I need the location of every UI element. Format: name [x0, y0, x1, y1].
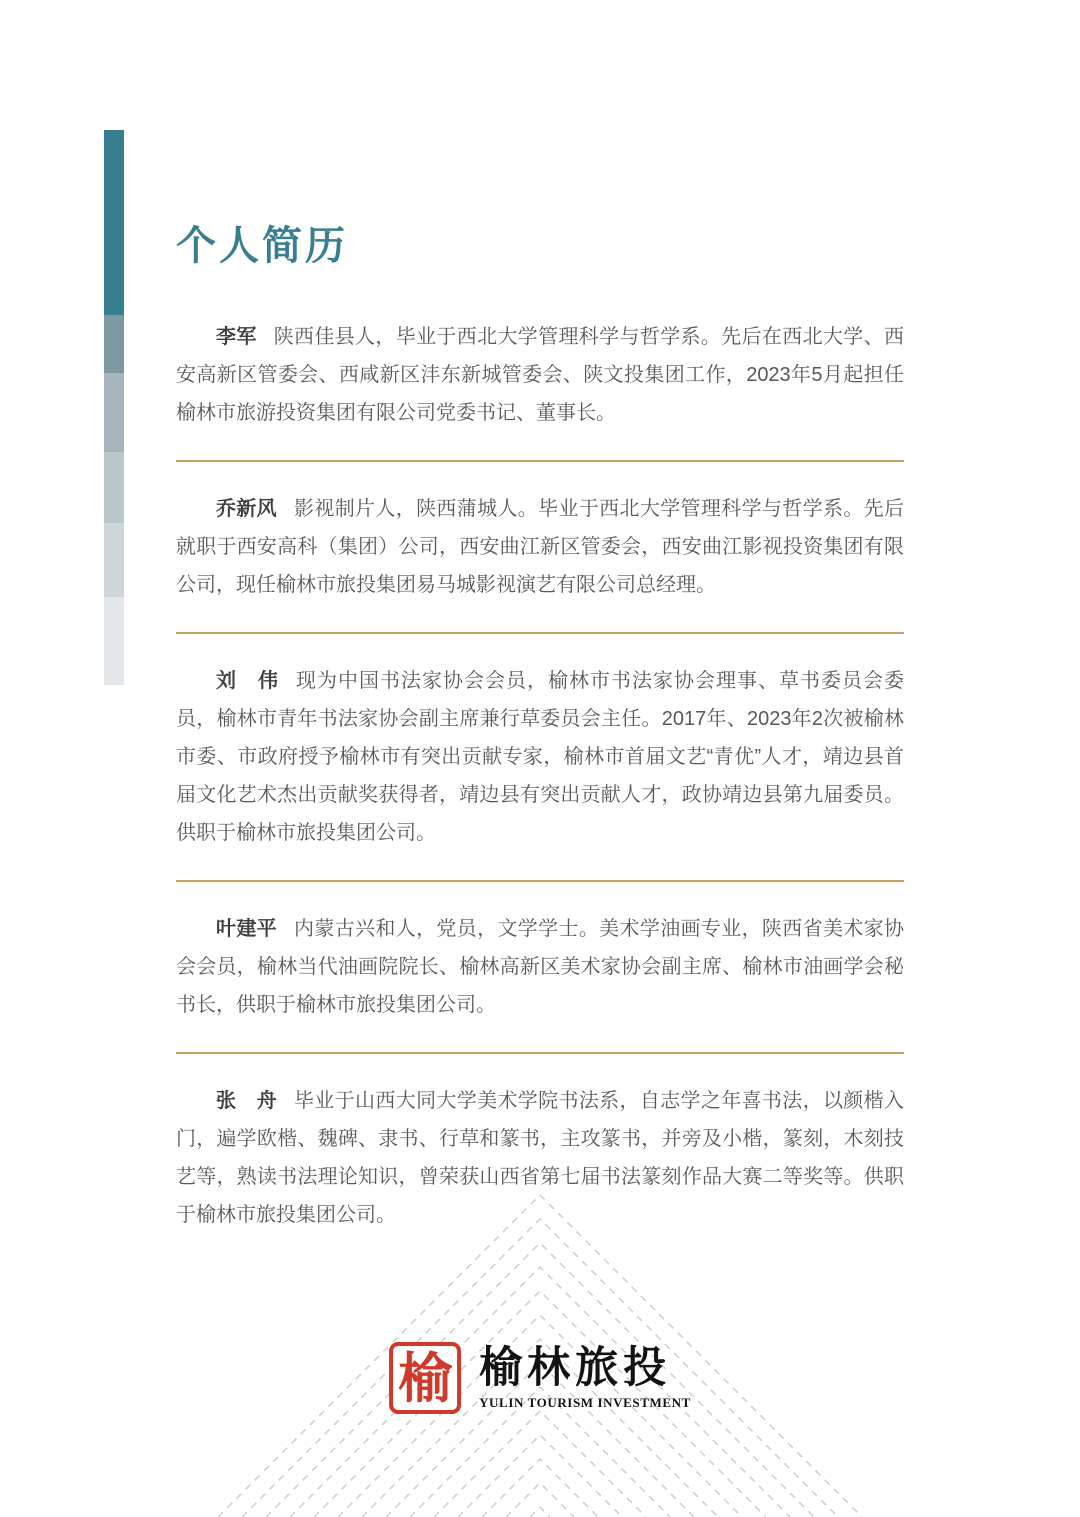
profile-section: 叶建平内蒙古兴和人，党员，文学学士。美术学油画专业，陕西省美术家协会会员，榆林当…	[176, 910, 904, 1024]
profile-name: 张 舟	[216, 1090, 277, 1112]
profile-section: 张 舟毕业于山西大同大学美术学院书法系，自志学之年喜书法，以颜楷入门，遍学欧楷、…	[176, 1082, 904, 1234]
seal-icon: 榆	[389, 1342, 461, 1414]
profile-section: 刘 伟现为中国书法家协会会员，榆林市书法家协会理事、草书委员会委员，榆林市青年书…	[176, 662, 904, 852]
profile-name: 叶建平	[216, 918, 277, 940]
logo-name-en: YULIN TOURISM INVESTMENT	[479, 1395, 691, 1411]
profile-text: 陕西佳县人，毕业于西北大学管理科学与哲学系。先后在西北大学、西安高新区管委会、西…	[176, 326, 904, 424]
accent-bar-segment	[104, 597, 124, 685]
separator	[176, 880, 904, 882]
company-logo: 榆 榆林旅投 YULIN TOURISM INVESTMENT	[389, 1342, 691, 1414]
profile-section: 李军陕西佳县人，毕业于西北大学管理科学与哲学系。先后在西北大学、西安高新区管委会…	[176, 318, 904, 432]
accent-bar-segment	[104, 523, 124, 597]
profiles-list: 李军陕西佳县人，毕业于西北大学管理科学与哲学系。先后在西北大学、西安高新区管委会…	[176, 318, 904, 1234]
page-title: 个人简历	[176, 214, 348, 271]
separator	[176, 1052, 904, 1054]
profile-text: 现为中国书法家协会会员，榆林市书法家协会理事、草书委员会委员，榆林市青年书法家协…	[176, 670, 904, 844]
separator	[176, 632, 904, 634]
profile-name: 李军	[216, 326, 257, 348]
profile-text: 毕业于山西大同大学美术学院书法系，自志学之年喜书法，以颜楷入门，遍学欧楷、魏碑、…	[176, 1090, 904, 1226]
separator	[176, 460, 904, 462]
logo-text: 榆林旅投 YULIN TOURISM INVESTMENT	[479, 1345, 691, 1411]
profile-name: 刘 伟	[216, 670, 279, 692]
accent-bar-segment	[104, 452, 124, 523]
accent-bar-segment	[104, 130, 124, 315]
accent-bar	[104, 130, 124, 685]
accent-bar-segment	[104, 315, 124, 373]
profile-name: 乔新风	[216, 498, 277, 520]
accent-bar-segment	[104, 373, 124, 452]
profile-text: 内蒙古兴和人，党员，文学学士。美术学油画专业，陕西省美术家协会会员，榆林当代油画…	[176, 918, 904, 1016]
logo-name-cn: 榆林旅投	[479, 1345, 691, 1392]
profile-section: 乔新风影视制片人，陕西蒲城人。毕业于西北大学管理科学与哲学系。先后就职于西安高科…	[176, 490, 904, 604]
seal-character: 榆	[398, 1351, 452, 1405]
profile-text: 影视制片人，陕西蒲城人。毕业于西北大学管理科学与哲学系。先后就职于西安高科（集团…	[176, 498, 904, 596]
